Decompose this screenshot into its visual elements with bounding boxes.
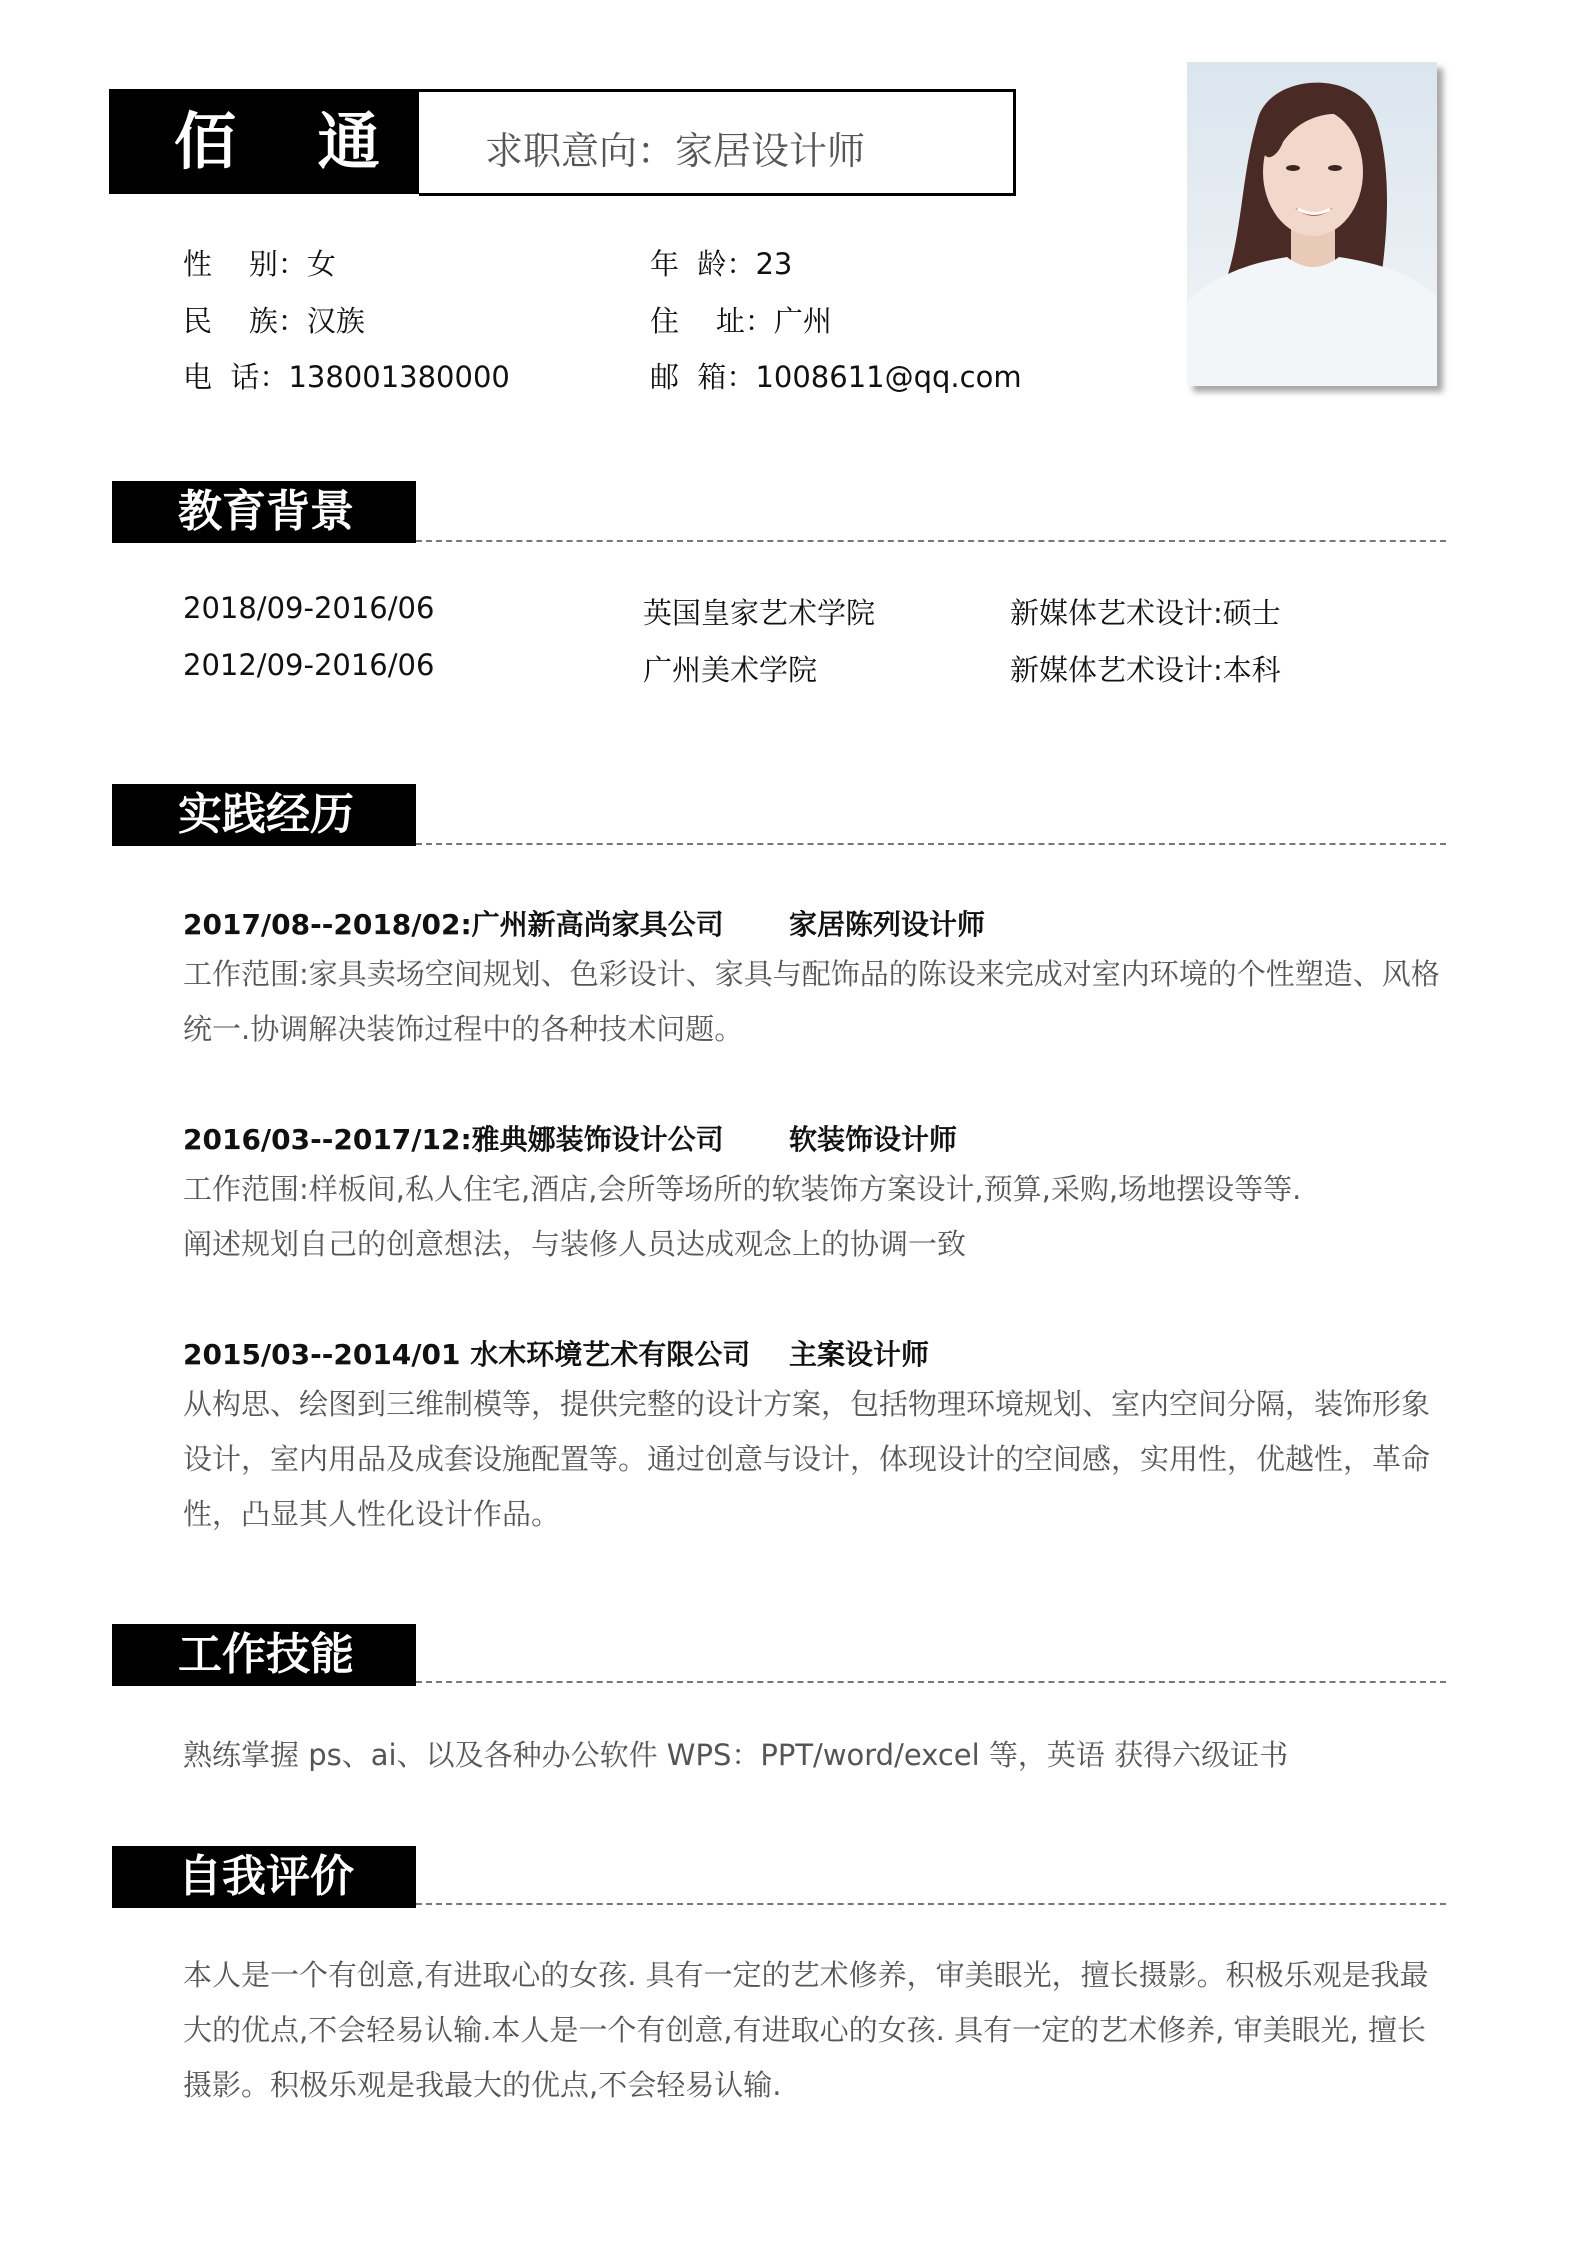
experience-role: 家居陈列设计师 xyxy=(789,903,985,943)
section-divider xyxy=(416,843,1446,845)
section-title-skills: 工作技能 xyxy=(112,1624,416,1686)
section-title-self-evaluation: 自我评价 xyxy=(112,1846,416,1908)
ethnicity-field: 民 族：汉族 xyxy=(183,299,365,340)
job-intent: 求职意向：家居设计师 xyxy=(485,120,865,175)
gender-field: 性 别：女 xyxy=(183,242,336,283)
experience-role: 主案设计师 xyxy=(789,1333,929,1373)
job-intent-box: 求职意向：家居设计师 xyxy=(419,89,1016,196)
ethnicity-value: 汉族 xyxy=(307,304,365,338)
education-school: 英国皇家艺术学院 xyxy=(643,591,875,632)
experience-company: 2016/03--2017/12:雅典娜装饰设计公司 xyxy=(183,1123,724,1156)
gender-label: 性 别： xyxy=(183,247,307,281)
section-title-education: 教育背景 xyxy=(112,481,416,543)
address-value: 广州 xyxy=(774,304,832,338)
address-field: 住 址：广州 xyxy=(650,299,832,340)
email-value: 1008611@qq.com xyxy=(755,360,1021,394)
skills-text: 熟练掌握 ps、ai、以及各种办公软件 WPS：PPT/word/excel 等… xyxy=(183,1728,1453,1783)
self-evaluation-text: 本人是一个有创意,有进取心的女孩. 具有一定的艺术修养，审美眼光，擅长摄影。积极… xyxy=(183,1948,1453,2113)
address-label: 住 址： xyxy=(650,304,774,338)
experience-company: 2017/08--2018/02:广州新高尚家具公司 xyxy=(183,908,724,941)
experience-description-line: 工作范围:样板间,私人住宅,酒店,会所等场所的软装饰方案设计,预算,采购,场地摆… xyxy=(183,1162,1453,1217)
gender-value: 女 xyxy=(307,247,336,281)
section-divider xyxy=(416,1681,1446,1683)
experience-company: 2015/03--2014/01 水木环境艺术有限公司 xyxy=(183,1338,750,1371)
section-title-experience: 实践经历 xyxy=(112,784,416,846)
profile-photo xyxy=(1187,62,1437,386)
section-divider xyxy=(416,540,1446,542)
age-value: 23 xyxy=(755,247,792,281)
experience-role: 软装饰设计师 xyxy=(789,1118,957,1158)
education-period: 2012/09-2016/06 xyxy=(183,648,434,682)
education-school: 广州美术学院 xyxy=(643,648,817,689)
experience-header: 2017/08--2018/02:广州新高尚家具公司 xyxy=(183,903,724,943)
phone-field: 电 话：138001380000 xyxy=(183,355,510,396)
experience-description: 从构思、绘图到三维制模等，提供完整的设计方案，包括物理环境规划、室内空间分隔，装… xyxy=(183,1377,1453,1542)
email-label: 邮 箱： xyxy=(650,360,755,394)
experience-description: 工作范围:家具卖场空间规划、色彩设计、家具与配饰品的陈设来完成对室内环境的个性塑… xyxy=(183,947,1453,1057)
portrait-image-icon xyxy=(1187,62,1437,386)
education-degree: 新媒体艺术设计:硕士 xyxy=(1010,591,1281,632)
age-field: 年 龄：23 xyxy=(650,242,792,283)
phone-value: 138001380000 xyxy=(288,360,509,394)
experience-description-line: 阐述规划自己的创意想法，与装修人员达成观念上的协调一致 xyxy=(183,1217,1453,1272)
education-period: 2018/09-2016/06 xyxy=(183,591,434,625)
email-field: 邮 箱：1008611@qq.com xyxy=(650,355,1022,396)
experience-header: 2016/03--2017/12:雅典娜装饰设计公司 xyxy=(183,1118,724,1158)
education-degree: 新媒体艺术设计:本科 xyxy=(1010,648,1281,689)
section-divider xyxy=(416,1903,1446,1905)
candidate-name: 佰 通 xyxy=(109,89,421,194)
age-label: 年 龄： xyxy=(650,247,755,281)
experience-header: 2015/03--2014/01 水木环境艺术有限公司 xyxy=(183,1333,750,1373)
ethnicity-label: 民 族： xyxy=(183,304,307,338)
phone-label: 电 话： xyxy=(183,360,288,394)
